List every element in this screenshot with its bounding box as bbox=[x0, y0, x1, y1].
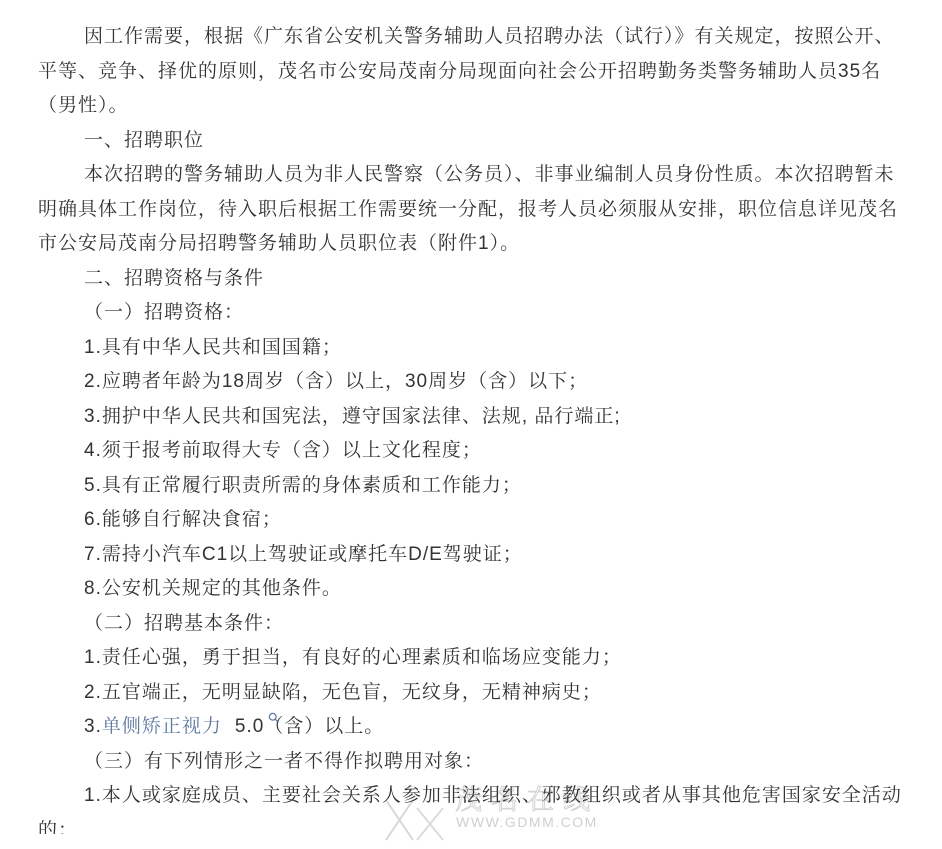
term-link-vision[interactable]: 单侧矫正视力 bbox=[102, 716, 235, 737]
intro-paragraph: 因工作需要，根据《广东省公安机关警务辅助人员招聘办法（试行）》有关规定，按照公开… bbox=[38, 20, 905, 124]
search-icon[interactable] bbox=[222, 702, 234, 714]
term-link-label: 单侧矫正视力 bbox=[102, 716, 222, 737]
list-item: 2.应聘者年龄为18周岁（含）以上，30周岁（含）以下； bbox=[38, 365, 905, 400]
list-item-text: 5.0（含）以上。 bbox=[235, 716, 384, 737]
sub-section-1-heading: （一）招聘资格： bbox=[38, 296, 905, 331]
list-item: 4.须于报考前取得大专（含）以上文化程度； bbox=[38, 434, 905, 469]
sub-section-2-heading: （二）招聘基本条件： bbox=[38, 607, 905, 642]
list-item: 2.五官端正，无明显缺陷，无色盲，无纹身，无精神病史； bbox=[38, 676, 905, 711]
list-item: 3.拥护中华人民共和国宪法，遵守国家法律、法规, 品行端正; bbox=[38, 400, 905, 435]
sub-section-3-heading: （三）有下列情形之一者不得作拟聘用对象： bbox=[38, 745, 905, 780]
list-item: 1.本人或家庭成员、主要社会关系人参加非法组织、邪教组织或者从事其他危害国家安全… bbox=[38, 779, 905, 834]
section-1-paragraph: 本次招聘的警务辅助人员为非人民警察（公务员）、非事业编制人员身份性质。本次招聘暂… bbox=[38, 158, 905, 262]
document-body: 因工作需要，根据《广东省公安机关警务辅助人员招聘办法（试行）》有关规定，按照公开… bbox=[0, 0, 942, 834]
list-item-vision: 3.单侧矫正视力5.0（含）以上。 bbox=[38, 710, 905, 745]
list-item: 6.能够自行解决食宿； bbox=[38, 503, 905, 538]
section-1-heading: 一、招聘职位 bbox=[38, 124, 905, 159]
list-item: 8.公安机关规定的其他条件。 bbox=[38, 572, 905, 607]
section-2-heading: 二、招聘资格与条件 bbox=[38, 262, 905, 297]
list-item: 7.需持小汽车C1以上驾驶证或摩托车D/E驾驶证； bbox=[38, 538, 905, 573]
list-item: 1.具有中华人民共和国国籍； bbox=[38, 331, 905, 366]
list-item: 5.具有正常履行职责所需的身体素质和工作能力； bbox=[38, 469, 905, 504]
list-item-number: 3. bbox=[84, 716, 102, 737]
list-item: 1.责任心强，勇于担当，有良好的心理素质和临场应变能力； bbox=[38, 641, 905, 676]
